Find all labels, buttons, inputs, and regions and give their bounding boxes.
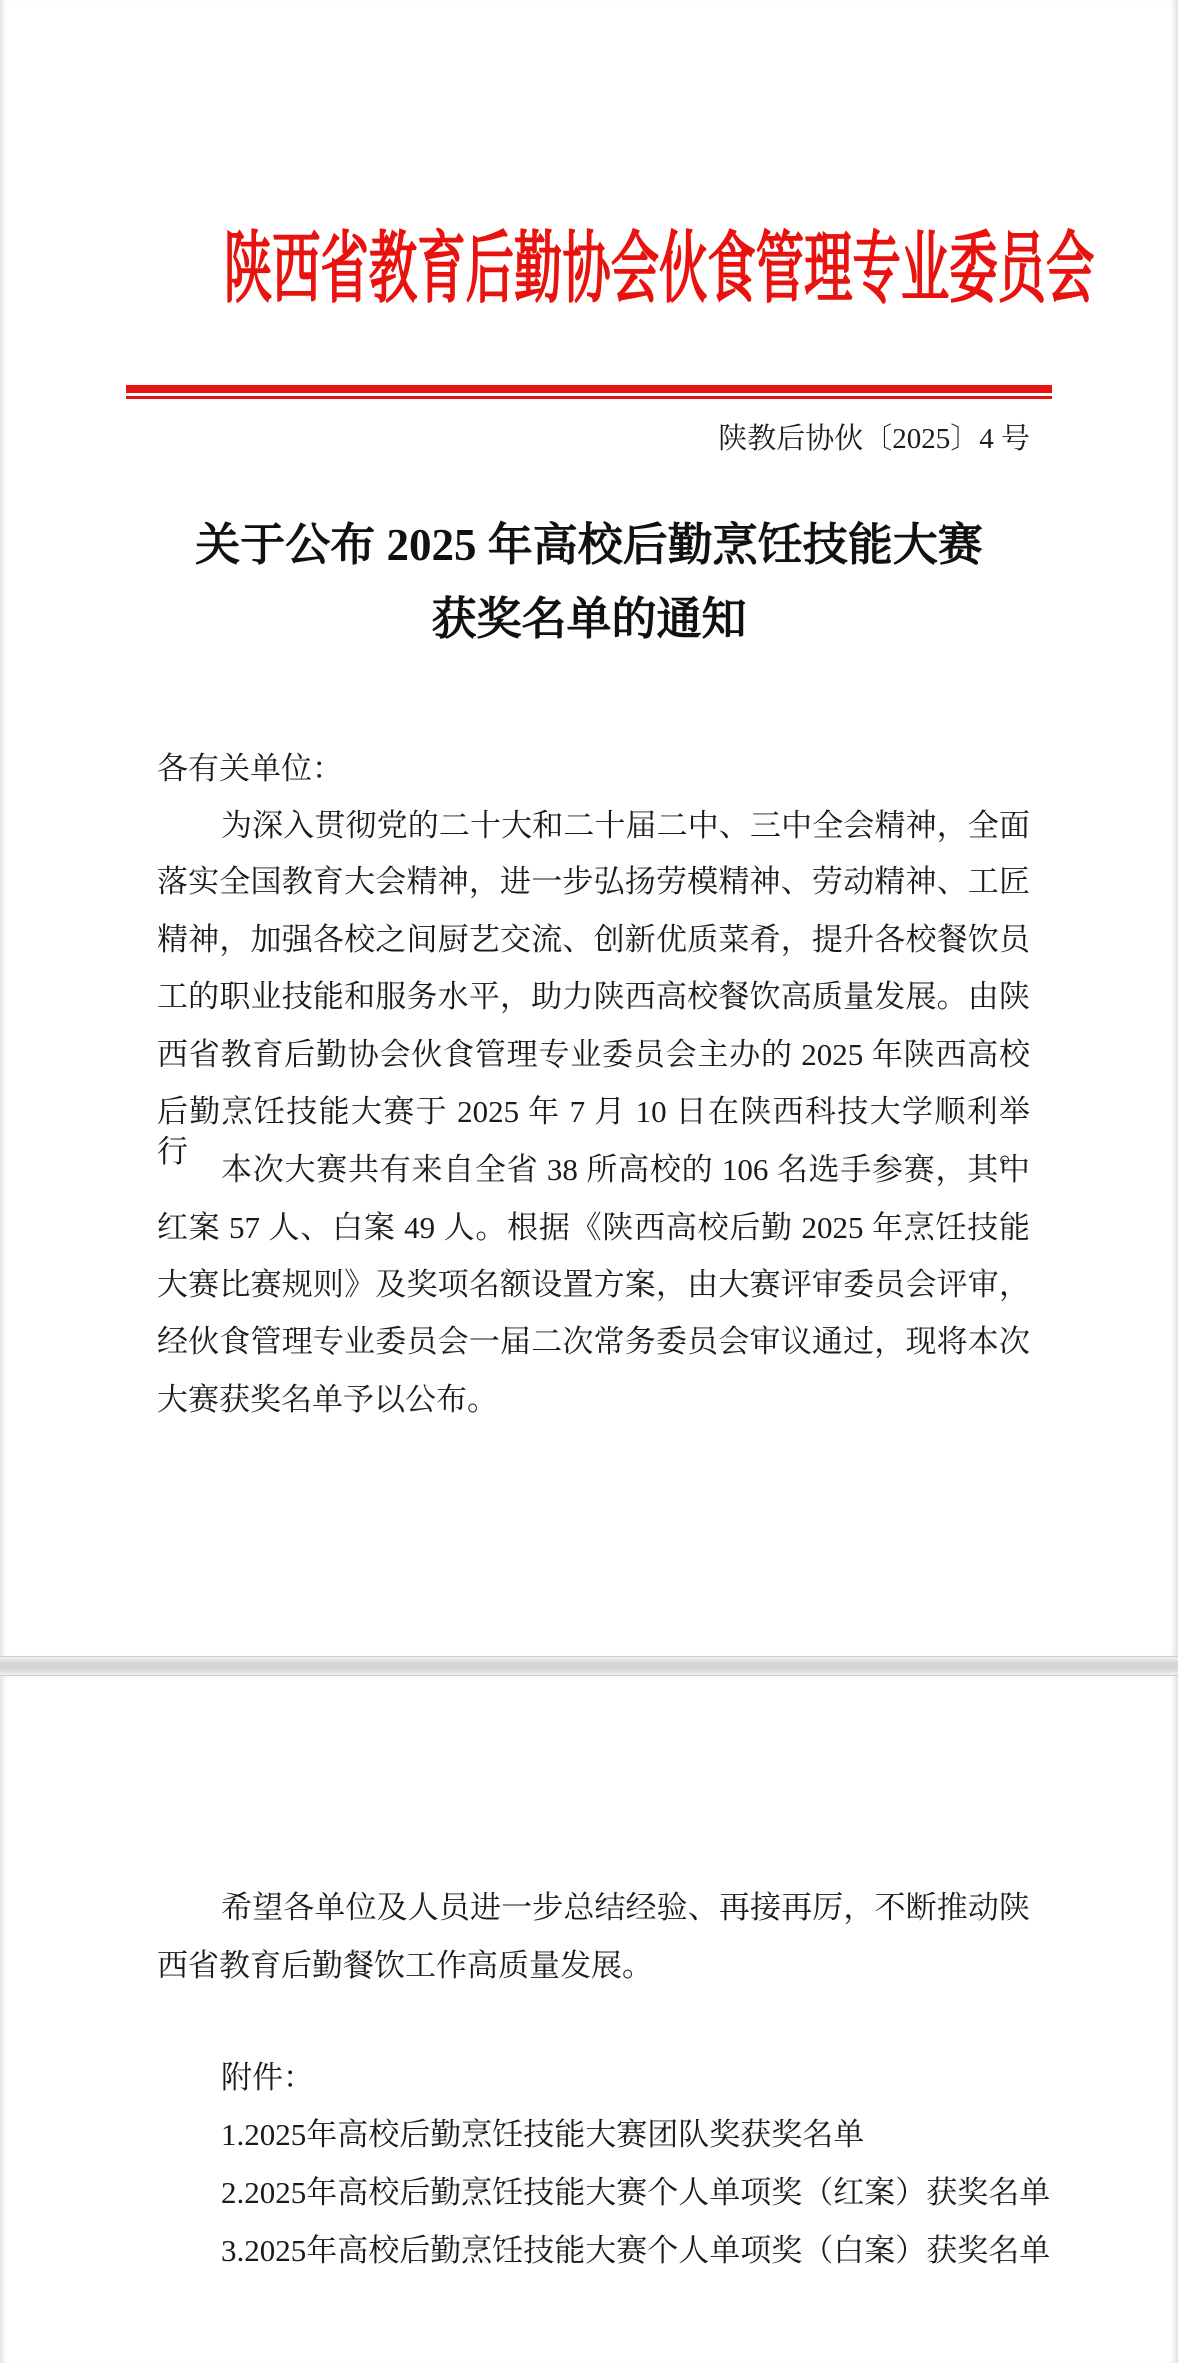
attachments-label: 附件： (157, 2058, 1030, 2104)
body-line: 西省教育后勤协会伙食管理专业委员会主办的 2025 年陕西高校 (157, 1035, 1030, 1081)
body-line: 精神，加强各校之间厨艺交流、创新优质菜肴，提升各校餐饮员 (157, 920, 1030, 966)
document-page-1: 陕西省教育后勤协会伙食管理专业委员会 陕教后协伙〔2025〕4 号 关于公布 2… (0, 0, 1178, 1656)
body-line: 本次大赛共有来自全省 38 所高校的 106 名选手参赛，其中 (157, 1150, 1030, 1196)
body-line: 为深入贯彻党的二十大和二十届二中、三中全会精神，全面 (157, 806, 1030, 852)
letterhead-org-title: 陕西省教育后勤协会伙食管理专业委员会 (224, 228, 954, 310)
document-page-2: 希望各单位及人员进一步总结经验、再接再厉，不断推动陕 西省教育后勤餐饮工作高质量… (0, 1676, 1178, 2363)
letterhead-red-rule (126, 385, 1052, 399)
attachment-item: 3.2025年高校后勤烹饪技能大赛个人单项奖（白案）获奖名单 (157, 2231, 1030, 2277)
red-rule-thin-bar (126, 396, 1052, 399)
body-line: 大赛比赛规则》及奖项名额设置方案，由大赛评审委员会评审， (157, 1265, 1030, 1311)
document-number: 陕教后协伙〔2025〕4 号 (157, 416, 1030, 456)
body-line: 红案 57 人、白案 49 人。根据《陕西高校后勤 2025 年烹饪技能 (157, 1208, 1030, 1254)
body-line: 落实全国教育大会精神，进一步弘扬劳模精神、劳动精神、工匠 (157, 862, 1030, 908)
salutation: 各有关单位： (157, 749, 1030, 795)
document-title-line1: 关于公布 2025 年高校后勤烹饪技能大赛 (0, 520, 1178, 572)
attachment-item: 2.2025年高校后勤烹饪技能大赛个人单项奖（红案）获奖名单 (157, 2173, 1030, 2219)
body-line: 工的职业技能和服务水平，助力陕西高校餐饮高质量发展。由陕 (157, 977, 1030, 1023)
body-line: 西省教育后勤餐饮工作高质量发展。 (157, 1946, 1030, 1992)
body-line: 后勤烹饪技能大赛于 2025 年 7 月 10 日在陕西科技大学顺利举行。 (157, 1092, 1030, 1138)
attachment-item: 1.2025年高校后勤烹饪技能大赛团队奖获奖名单 (157, 2115, 1030, 2161)
body-line: 大赛获奖名单予以公布。 (157, 1380, 1030, 1426)
body-line: 经伙食管理专业委员会一届二次常务委员会审议通过，现将本次 (157, 1322, 1030, 1368)
body-line: 希望各单位及人员进一步总结经验、再接再厉，不断推动陕 (157, 1888, 1030, 1934)
document-title-line2: 获奖名单的通知 (0, 594, 1178, 646)
red-rule-thick-bar (126, 385, 1052, 393)
page-break-separator (0, 1656, 1178, 1676)
